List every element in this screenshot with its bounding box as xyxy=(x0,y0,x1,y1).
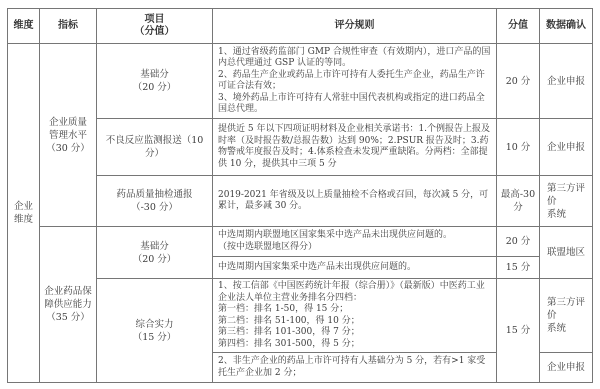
rule-cell: 中选周期内联盟地区国家集采中选产品未出现供应问题的。 （按中选联盟地区得分） xyxy=(213,227,497,257)
score-cell: 15 分 xyxy=(497,279,540,383)
rule-cell: 中选周期内国家集采中选产品未出现供应问题的。 xyxy=(213,257,497,279)
confirm-cell: 第三方评价 系统 xyxy=(540,176,593,227)
score-cell: 最高-30 分 xyxy=(497,176,540,227)
table-row: 企业 维度 企业质量 管理水平 （30 分） 基础分 （20 分） 1、通过省级… xyxy=(8,44,593,119)
score-cell: 20 分 xyxy=(497,44,540,119)
score-cell: 10 分 xyxy=(497,119,540,176)
rule-cell: 2、非生产企业的药品上市许可持有人基础分为 5 分，若有>1 家受托生产企业加 … xyxy=(213,353,497,383)
table-row: 企业药品保 障供应能力 （35 分） 基础分 （20 分） 中选周期内联盟地区国… xyxy=(8,227,593,257)
rule-cell: 1、按工信部《中国医药统计年报（综合册）》（最新版）中医药工业企业法人单位主营业… xyxy=(213,279,497,353)
confirm-cell: 企业申报 xyxy=(540,119,593,176)
header-row: 维度 指标 项目 （分值） 评分规则 分值 数据确认 xyxy=(8,9,593,44)
item-cell: 不良反应监测报送（10 分） xyxy=(97,119,213,176)
item-cell: 基础分 （20 分） xyxy=(97,227,213,279)
confirm-cell: 第三方评价 系统 xyxy=(540,279,593,353)
header-rule: 评分规则 xyxy=(213,9,497,44)
confirm-cell: 企业申报 xyxy=(540,353,593,383)
indicator-quality-cell: 企业质量 管理水平 （30 分） xyxy=(40,44,97,227)
header-item: 项目 （分值） xyxy=(97,9,213,44)
item-cell: 综合实力 （15 分） xyxy=(97,279,213,383)
confirm-cell: 企业申报 xyxy=(540,44,593,119)
confirm-cell: 联盟地区 xyxy=(540,227,593,279)
scoring-rules-table: 维度 指标 项目 （分值） 评分规则 分值 数据确认 企业 维度 企业质量 管理… xyxy=(7,8,593,383)
score-cell: 15 分 xyxy=(497,257,540,279)
header-confirm: 数据确认 xyxy=(540,9,593,44)
indicator-supply-cell: 企业药品保 障供应能力 （35 分） xyxy=(40,227,97,383)
dimension-cell: 企业 维度 xyxy=(8,44,40,383)
header-indicator: 指标 xyxy=(40,9,97,44)
header-score: 分值 xyxy=(497,9,540,44)
score-cell: 20 分 xyxy=(497,227,540,257)
item-cell: 药品质量抽检通报 （-30 分） xyxy=(97,176,213,227)
header-dimension: 维度 xyxy=(8,9,40,44)
item-cell: 基础分 （20 分） xyxy=(97,44,213,119)
rule-cell: 1、通过省级药监部门 GMP 合规性审查（有效期内），进口产品的国内总代理通过 … xyxy=(213,44,497,119)
document-page: 维度 指标 项目 （分值） 评分规则 分值 数据确认 企业 维度 企业质量 管理… xyxy=(0,0,600,389)
rule-cell: 提供近 5 年以下四项证明材料及企业相关承诺书：1.个例报告上报及时率（及时报告… xyxy=(213,119,497,176)
rule-cell: 2019-2021 年省级及以上质量抽检不合格或召回，每次减 5 分，可累计，最… xyxy=(213,176,497,227)
